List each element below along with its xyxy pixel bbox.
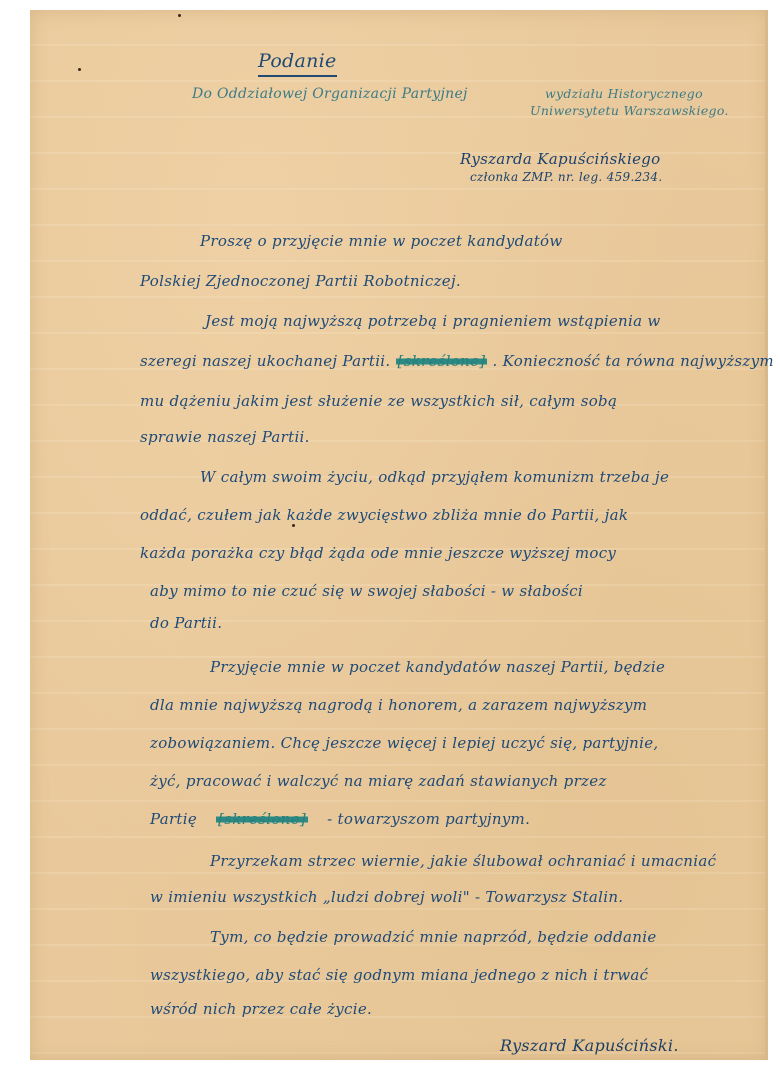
body-text: Partię [150, 810, 197, 828]
sender-membership: członka ZMP. nr. leg. 459.234. [470, 170, 663, 184]
body-line: oddać, czułem jak każde zwycięstwo zbliż… [140, 506, 628, 524]
letter-title: Podanie [258, 50, 337, 77]
struck-out-word: [skreślone] [396, 352, 488, 370]
body-line: żyć, pracować i walczyć na miarę zadań s… [150, 772, 607, 790]
body-text: . Konieczność ta równa najwyższym [493, 352, 774, 370]
body-line: aby mimo to nie czuć się w swojej słaboś… [150, 582, 583, 600]
body-text: - towarzyszom partyjnym. [327, 810, 530, 828]
body-line: zobowiązaniem. Chcę jeszcze więcej i lep… [150, 734, 658, 752]
paper-speck [78, 68, 81, 71]
sender-name: Ryszarda Kapuścińskiego [460, 150, 661, 168]
body-line: w imieniu wszystkich „ludzi dobrej woli"… [150, 888, 623, 906]
body-line: sprawie naszej Partii. [140, 428, 310, 446]
body-line: Tym, co będzie prowadzić mnie naprzód, b… [210, 928, 657, 946]
body-line: mu dążeniu jakim jest służenie ze wszyst… [140, 392, 617, 410]
body-line: Proszę o przyjęcie mnie w poczet kandyda… [200, 232, 563, 250]
body-line: Jest moją najwyższą potrzebą i pragnieni… [205, 312, 661, 330]
body-line: wśród nich przez całe życie. [150, 1000, 372, 1018]
signature: Ryszard Kapuściński. [500, 1036, 679, 1055]
body-line: do Partii. [150, 614, 222, 632]
body-line: wszystkiego, aby stać się godnym miana j… [150, 966, 648, 984]
body-line: Polskiej Zjednoczonej Partii Robotniczej… [140, 272, 461, 290]
recipient-line-1: Do Oddziałowej Organizacji Partyjnej [192, 86, 468, 102]
body-text: szeregi naszej ukochanej Partii. [140, 352, 390, 370]
body-line: każda porażka czy błąd żąda ode mnie jes… [140, 544, 616, 562]
recipient-line-2: wydziału Historycznego [545, 86, 703, 101]
recipient-line-3: Uniwersytetu Warszawskiego. [530, 103, 729, 118]
struck-out-word: [skreślone] [216, 810, 308, 828]
body-line: Przyjęcie mnie w poczet kandydatów nasze… [210, 658, 665, 676]
body-line-with-strike: Partię [skreślone] - towarzyszom partyjn… [150, 810, 530, 828]
body-line-with-strike: szeregi naszej ukochanej Partii. [skreśl… [140, 352, 774, 370]
paper-speck [178, 14, 181, 17]
paper-speck [292, 524, 295, 527]
body-line: W całym swoim życiu, odkąd przyjąłem kom… [200, 468, 669, 486]
body-line: Przyrzekam strzec wiernie, jakie ślubowa… [210, 852, 716, 870]
body-line: dla mnie najwyższą nagrodą i honorem, a … [150, 696, 647, 714]
